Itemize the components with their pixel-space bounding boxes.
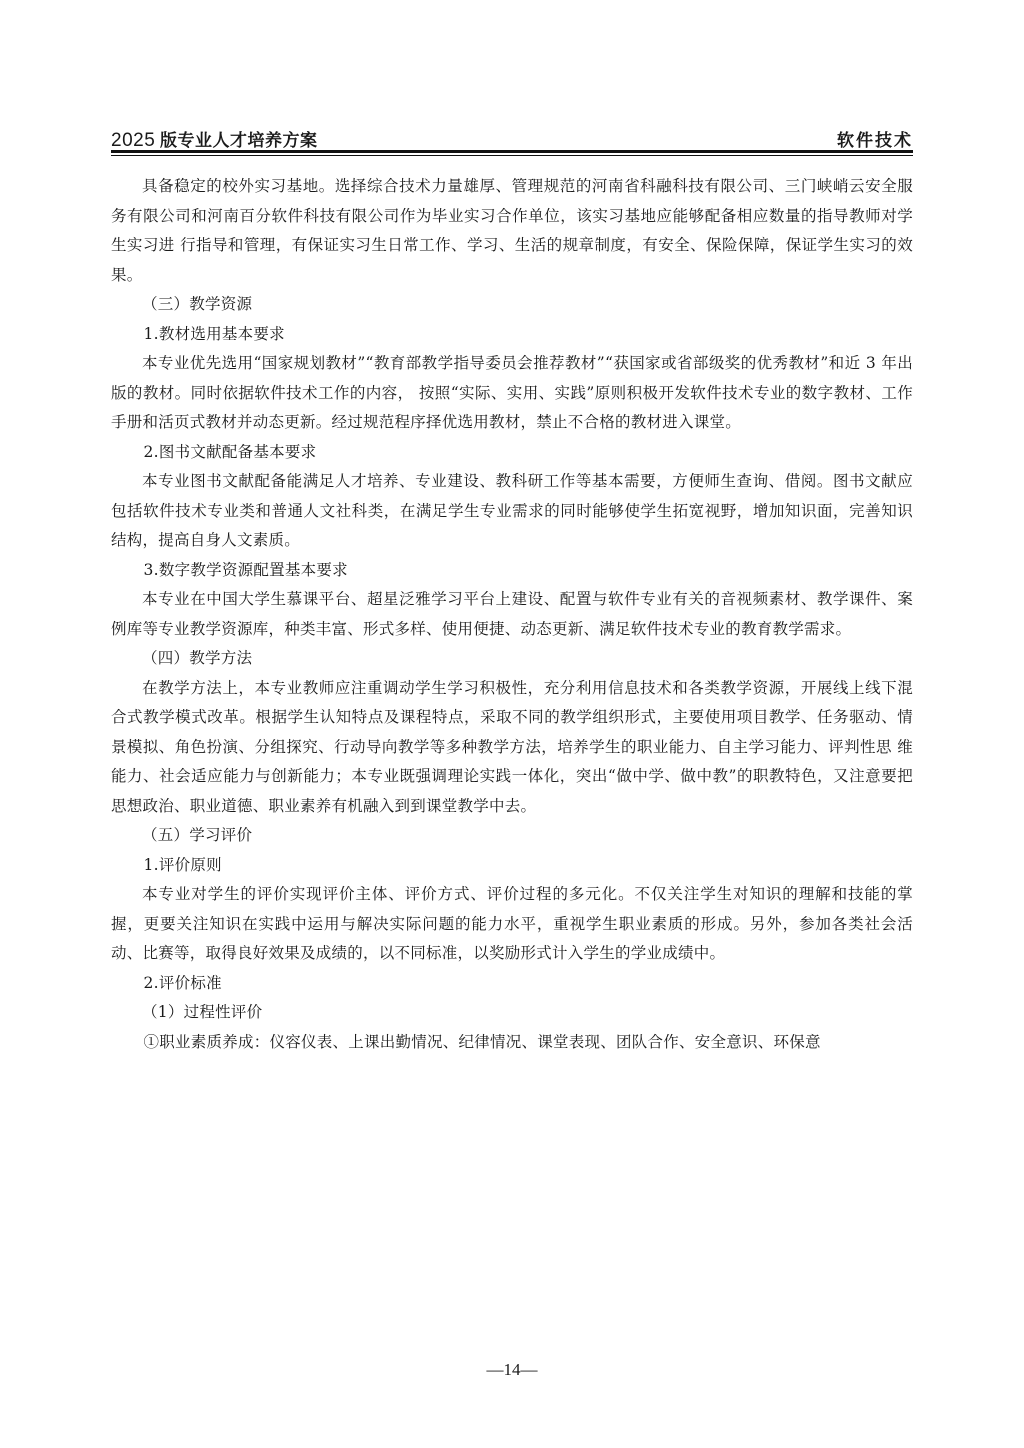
header-document-title: 2025 版专业人才培养方案	[111, 126, 318, 152]
paragraph-digital-resources: 本专业在中国大学生慕课平台、超星泛雅学习平台上建设、配置与软件专业有关的音视频素…	[111, 585, 913, 644]
paragraph-evaluation-principles: 本专业对学生的评价实现评价主体、评价方式、评价过程的多元化。不仅关注学生对知识的…	[111, 880, 913, 969]
header-title: 版专业人才培养方案	[160, 131, 318, 150]
paragraph-professional-quality: ①职业素质养成：仪容仪表、上课出勤情况、纪律情况、课堂表现、团队合作、安全意识、…	[111, 1028, 913, 1058]
heading-teaching-methods: （四）教学方法	[111, 644, 913, 674]
heading-teaching-resources: （三）教学资源	[111, 290, 913, 320]
header-section-name: 软件技术	[837, 126, 913, 151]
paragraph-internship-base: 具备稳定的校外实习基地。选择综合技术力量雄厚、管理规范的河南省科融科技有限公司、…	[111, 172, 913, 290]
page-number: —14—	[0, 1360, 1024, 1380]
heading-library-requirements: 2.图书文献配备基本要求	[111, 438, 913, 468]
heading-learning-evaluation: （五）学习评价	[111, 821, 913, 851]
paragraph-teaching-methods: 在教学方法上，本专业教师应注重调动学生学习积极性，充分利用信息技术和各类教学资源…	[111, 674, 913, 822]
heading-evaluation-standards: 2.评价标准	[111, 969, 913, 999]
header-year: 2025	[111, 130, 155, 151]
heading-evaluation-principles: 1.评价原则	[111, 851, 913, 881]
heading-textbook-requirements: 1.教材选用基本要求	[111, 320, 913, 350]
heading-process-evaluation: （1）过程性评价	[111, 998, 913, 1028]
paragraph-library-requirements: 本专业图书文献配备能满足人才培养、专业建设、教科研工作等基本需要，方便师生查询、…	[111, 467, 913, 556]
header-rule-thick	[111, 150, 913, 153]
paragraph-textbook-requirements: 本专业优先选用“国家规划教材”“教育部教学指导委员会推荐教材”“获国家或省部级奖…	[111, 349, 913, 438]
header-rule-thin	[111, 155, 913, 156]
heading-digital-resources: 3.数字教学资源配置基本要求	[111, 556, 913, 586]
page-header: 2025 版专业人才培养方案 软件技术	[111, 126, 913, 152]
page-body: 具备稳定的校外实习基地。选择综合技术力量雄厚、管理规范的河南省科融科技有限公司、…	[111, 172, 913, 1057]
